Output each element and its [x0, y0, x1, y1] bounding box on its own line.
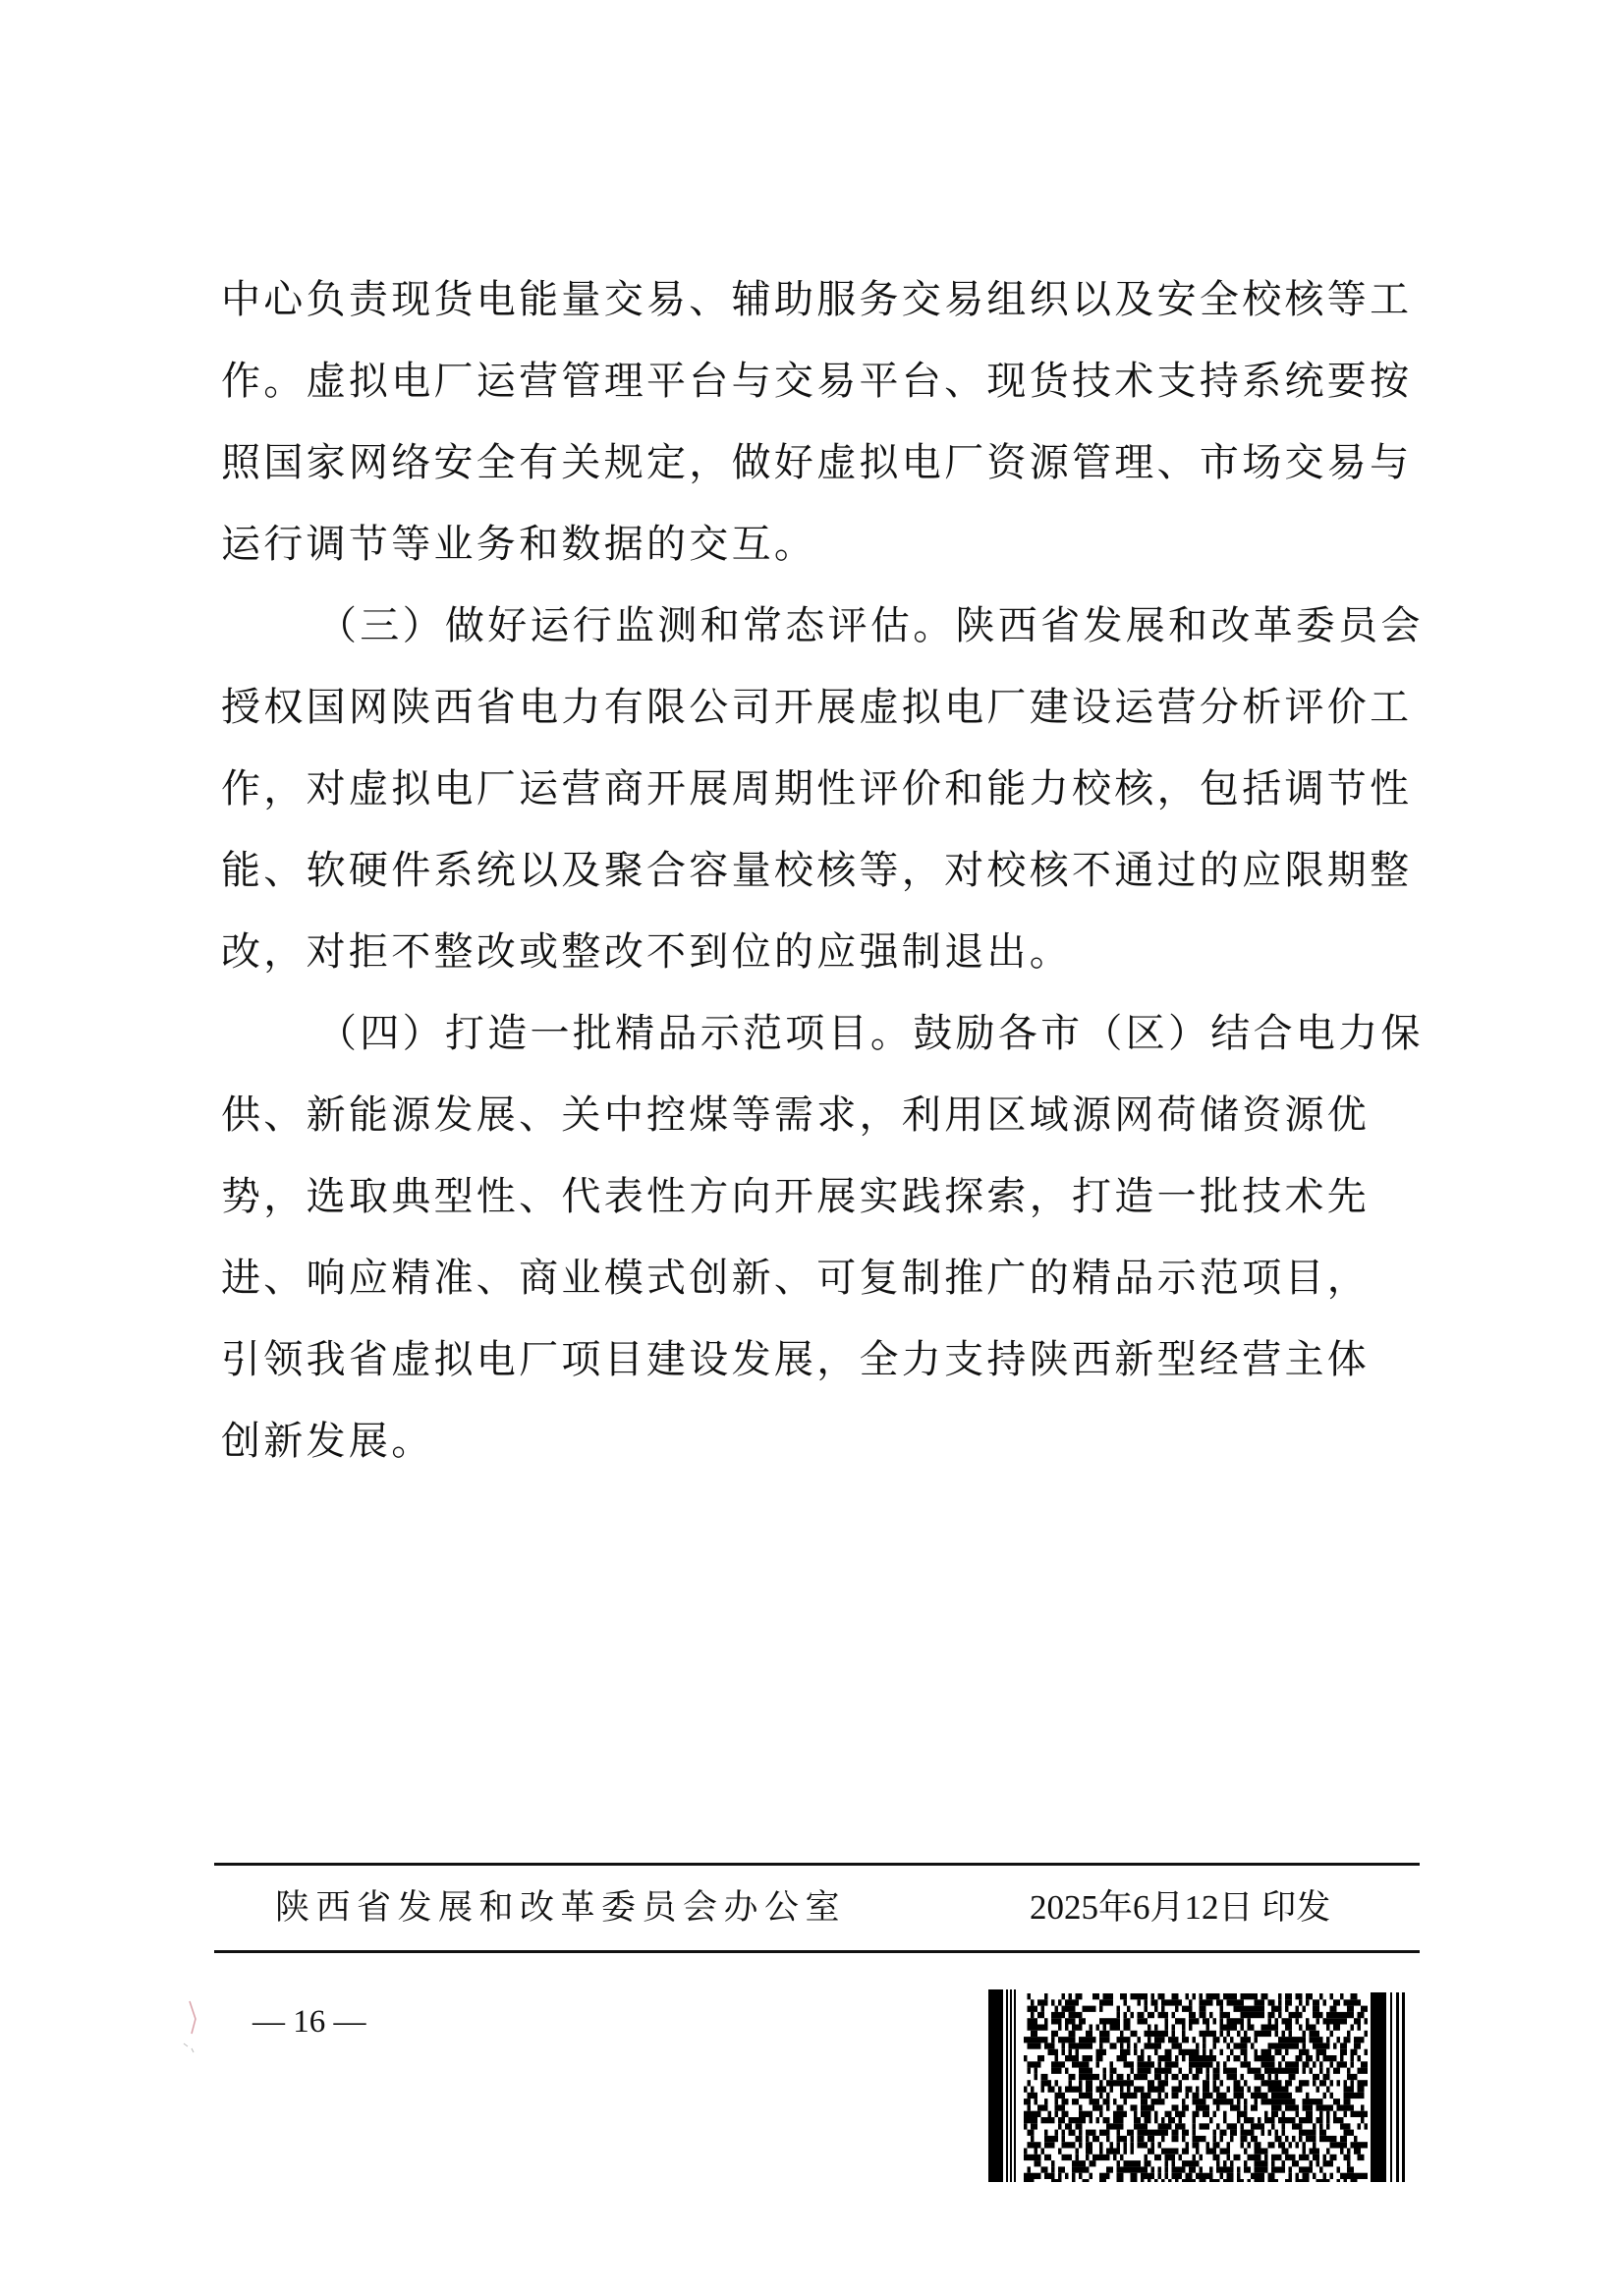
text-line: 改，对拒不整改或整改不到位的应强制退出。 — [221, 912, 1429, 993]
footer-top-rule — [214, 1863, 1420, 1866]
text-line: 引领我省虚拟电厂项目建设发展，全力支持陕西新型经营主体 — [221, 1319, 1429, 1401]
document-page: 中心负责现货电能量交易、辅助服务交易组织以及安全校核等工 作。虚拟电厂运营管理平… — [0, 0, 1624, 2295]
section-heading-line: （三）做好运行监测和常态评估。陕西省发展和改革委员会 — [221, 586, 1429, 667]
text-line: 势，选取典型性、代表性方向开展实践探索，打造一批技术先 — [221, 1156, 1429, 1238]
text-line: 运行调节等业务和数据的交互。 — [221, 504, 1429, 586]
page-number: — 16 — — [252, 2000, 366, 2043]
issuer-name: 陕西省发展和改革委员会办公室 — [275, 1886, 846, 1930]
text-line: 中心负责现货电能量交易、辅助服务交易组织以及安全校核等工 — [221, 259, 1429, 341]
text-line: 能、软硬件系统以及聚合容量校核等，对校核不通过的应限期整 — [221, 830, 1429, 912]
footer-bottom-rule — [214, 1950, 1420, 1953]
text-line: 创新发展。 — [221, 1401, 1429, 1483]
text-line: 作。虚拟电厂运营管理平台与交易平台、现货技术支持系统要按 — [221, 341, 1429, 422]
text-line: 作，对虚拟电厂运营商开展周期性评价和能力校核，包括调节性 — [221, 749, 1429, 830]
section-heading-line: （四）打造一批精品示范项目。鼓励各市（区）结合电力保 — [221, 993, 1429, 1075]
print-date: 2025年6月12日 印发 — [1030, 1886, 1330, 1930]
text-line: 照国家网络安全有关规定，做好虚拟电厂资源管理、市场交易与 — [221, 422, 1429, 504]
text-line: 授权国网陕西省电力有限公司开展虚拟电厂建设运营分析评价工 — [221, 667, 1429, 749]
body-text: 中心负责现货电能量交易、辅助服务交易组织以及安全校核等工 作。虚拟电厂运营管理平… — [221, 259, 1429, 1483]
text-line: 供、新能源发展、关中控煤等需求，利用区域源网荷储资源优 — [221, 1075, 1429, 1156]
stamp-fragment-icon — [182, 1999, 206, 2053]
pdf417-barcode-icon — [988, 1989, 1411, 2182]
text-line: 进、响应精准、商业模式创新、可复制推广的精品示范项目， — [221, 1238, 1429, 1319]
